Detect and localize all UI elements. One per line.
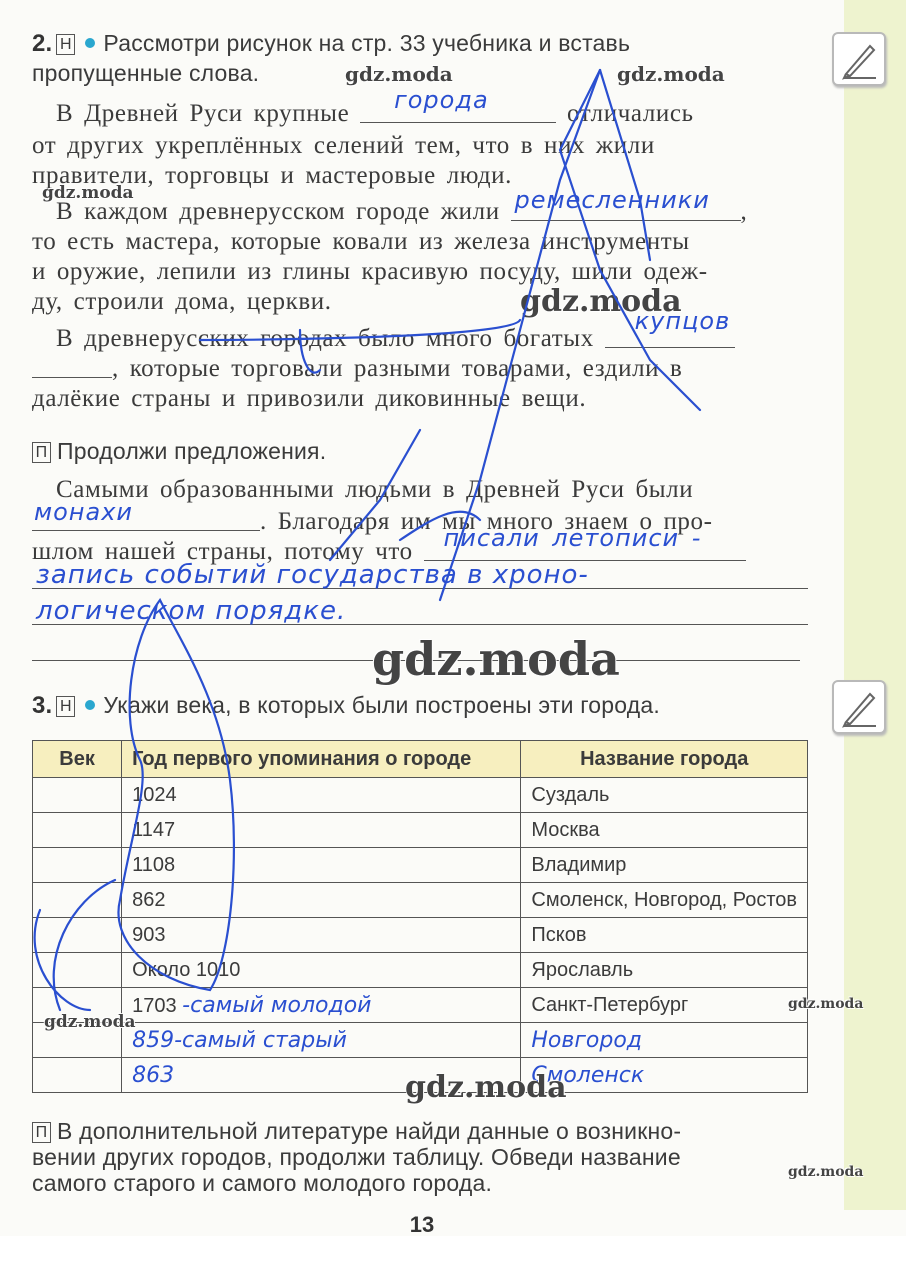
pencil-icon: [832, 680, 886, 734]
year-cell: Около 1010: [122, 953, 521, 988]
task3-extra-line1: ПВ дополнительной литературе найди данны…: [32, 1118, 681, 1145]
text: ,: [741, 198, 748, 225]
header-year: Год первого упоминания о городе: [122, 741, 521, 778]
year-cell: 1108: [122, 848, 521, 883]
table-header-row: Век Год первого упоминания о городе Назв…: [33, 741, 808, 778]
city-cell: Санкт-Петербург: [521, 988, 808, 1023]
bullet-icon: [85, 38, 95, 48]
text: В Древней Руси крупные: [56, 100, 349, 127]
text: В древнерусских городах было много богат…: [56, 325, 594, 352]
table-row: Около 1010 Ярославль: [33, 953, 808, 988]
table-row: 862 Смоленск, Новгород, Ростов: [33, 883, 808, 918]
page-side-strip: [844, 0, 906, 1210]
task2-extra-instruction: ППродолжи предложения.: [32, 438, 326, 465]
table-row: 1147 Москва: [33, 813, 808, 848]
handwritten-answer: ремесленники: [515, 186, 710, 214]
year-cell: 1703 -самый молодой: [122, 988, 521, 1023]
task2-instruction: 2.НРассмотри рисунок на стр. 33 учебника…: [32, 30, 630, 58]
instruction-text: Рассмотри рисунок на стр. 33 учебника и …: [103, 30, 630, 56]
extra-line1: Самыми образованными людьми в Древней Ру…: [56, 476, 693, 504]
year-cell: 862: [122, 883, 521, 918]
watermark: gdz.moda: [617, 62, 725, 86]
task3-extra-line2: вении других городов, продолжи таблицу. …: [32, 1144, 681, 1171]
paragraph2-line2: то есть мастера, которые ковали из желез…: [32, 228, 690, 256]
header-century: Век: [33, 741, 122, 778]
paragraph2-line3: и оружие, лепили из глины красивую посуд…: [32, 258, 708, 286]
handwritten-answer: логическом порядке.: [36, 596, 346, 626]
year-cell[interactable]: 859-самый старый: [122, 1023, 521, 1058]
task3-extra-line3: самого старого и самого молодого города.: [32, 1170, 492, 1197]
table-row: 903 Псков: [33, 918, 808, 953]
page-margin: [0, 1236, 906, 1271]
text: , которые торговали разными товарами, ез…: [112, 355, 682, 382]
paragraph3-line3: далёкие страны и привозили диковинные ве…: [32, 385, 586, 413]
answer-blank-3[interactable]: купцов: [605, 325, 735, 348]
handwritten-answer: писали летописи -: [444, 524, 702, 552]
level-mark: Н: [56, 696, 75, 717]
city-cell[interactable]: Новгород: [521, 1023, 808, 1058]
instruction-text: Продолжи предложения.: [57, 438, 326, 464]
table-row: 859-самый старый Новгород: [33, 1023, 808, 1058]
table-row: 1024 Суздаль: [33, 778, 808, 813]
level-mark: П: [32, 1122, 51, 1143]
handwritten-answer: купцов: [635, 307, 731, 335]
text: В каждом древнерусском городе жили: [56, 198, 500, 225]
city-cell: Ярославль: [521, 953, 808, 988]
paragraph1-line2: от других укреплённых селений тем, что в…: [32, 132, 655, 160]
bullet-icon: [85, 700, 95, 710]
text: отличались: [567, 100, 694, 127]
paragraph2-line4: ду, строили дома, церкви.: [32, 288, 332, 316]
city-cell: Смоленск, Новгород, Ростов: [521, 883, 808, 918]
century-cell[interactable]: [33, 883, 122, 918]
city-cell: Псков: [521, 918, 808, 953]
cities-table: Век Год первого упоминания о городе Назв…: [32, 740, 808, 1093]
paragraph3-line1: В древнерусских городах было много богат…: [56, 325, 735, 353]
city-cell: Суздаль: [521, 778, 808, 813]
century-cell[interactable]: [33, 953, 122, 988]
page-number: 13: [0, 1212, 844, 1238]
watermark: gdz.moda: [44, 1012, 136, 1032]
level-mark: Н: [56, 34, 75, 55]
answer-blank-4[interactable]: монахи: [32, 508, 260, 531]
task-number: 2.: [32, 30, 52, 57]
paragraph2-line1: В каждом древнерусском городе жили ремес…: [56, 198, 747, 226]
text: В дополнительной литературе найди данные…: [57, 1118, 681, 1144]
year-cell: 903: [122, 918, 521, 953]
century-cell[interactable]: [33, 918, 122, 953]
handwritten-answer: запись событий государства в хроно-: [36, 560, 589, 590]
handwritten-note: -самый молодой: [182, 993, 371, 1018]
year-text: 1703: [132, 995, 177, 1017]
table-row: 1108 Владимир: [33, 848, 808, 883]
watermark: gdz.moda: [372, 632, 620, 686]
year-cell: 1147: [122, 813, 521, 848]
century-cell[interactable]: [33, 813, 122, 848]
watermark: gdz.moda: [345, 62, 453, 86]
city-cell: Владимир: [521, 848, 808, 883]
handwritten-answer: монахи: [34, 498, 133, 526]
paragraph1-line1: В Древней Руси крупные города отличались: [56, 100, 694, 128]
year-cell: 1024: [122, 778, 521, 813]
level-mark: П: [32, 442, 51, 463]
watermark: gdz.moda: [788, 996, 863, 1012]
header-city: Название города: [521, 741, 808, 778]
handwritten-answer: города: [394, 86, 489, 114]
century-cell[interactable]: [33, 1058, 122, 1093]
pencil-icon: [832, 32, 886, 86]
instruction-text: Укажи века, в которых были построены эти…: [103, 692, 660, 718]
task-number: 3.: [32, 692, 52, 719]
century-cell[interactable]: [33, 778, 122, 813]
answer-blank-5[interactable]: писали летописи -: [424, 538, 746, 561]
table-row: 1703 -самый молодой Санкт-Петербург: [33, 988, 808, 1023]
answer-blank-3-cont[interactable]: [32, 355, 112, 378]
century-cell[interactable]: [33, 848, 122, 883]
watermark: gdz.moda: [405, 1070, 567, 1105]
task2-instruction-line2: пропущенные слова.: [32, 60, 259, 87]
answer-blank-2[interactable]: ремесленники: [511, 198, 741, 221]
answer-blank-1[interactable]: города: [360, 100, 556, 123]
city-cell: Москва: [521, 813, 808, 848]
task3-instruction: 3.НУкажи века, в которых были построены …: [32, 692, 660, 720]
paragraph3-line2: , которые торговали разными товарами, ез…: [32, 355, 682, 383]
watermark: gdz.moda: [788, 1164, 863, 1180]
